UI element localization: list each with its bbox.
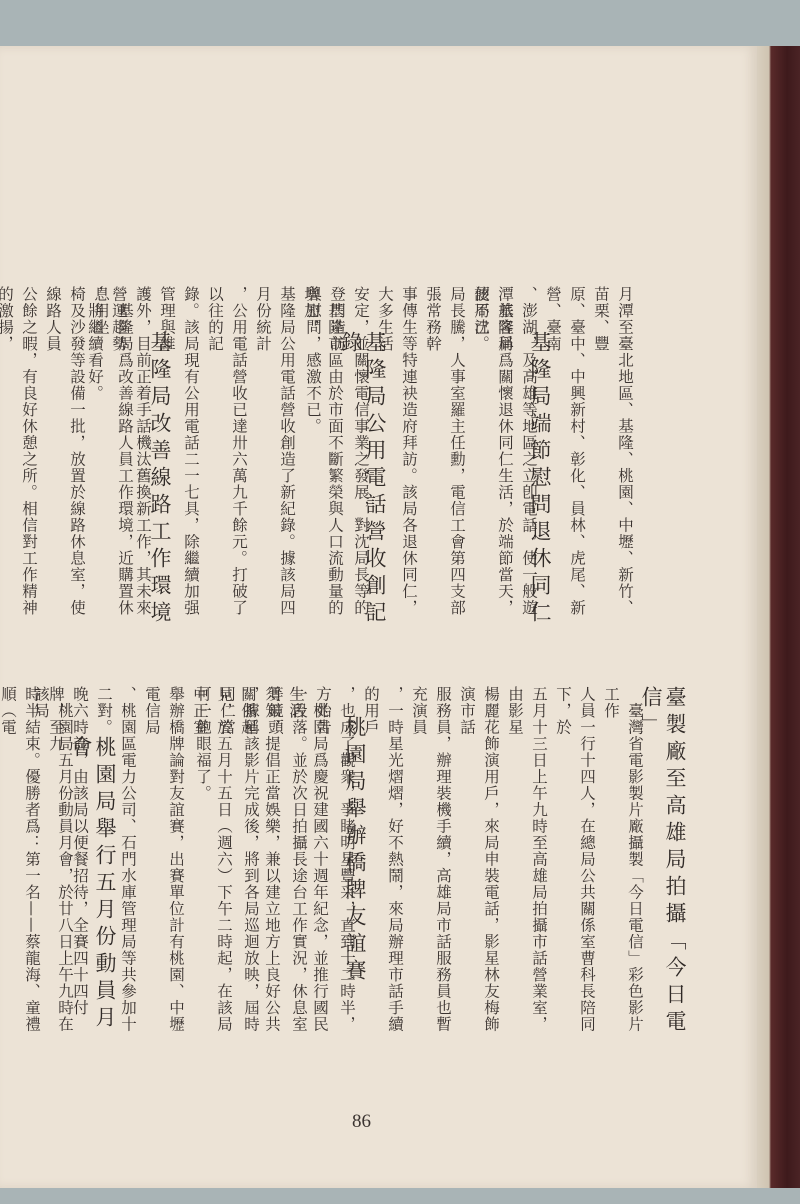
page-number: 86 [352,1111,371,1133]
text-line: 基隆局爲關懷退休同仁生活，於端節當天，該局沈 [469,286,517,626]
text-line: 月潭至臺北地區、基隆、桃園、中壢、新竹、苗栗、豐 [589,286,637,626]
text-line: 桃園局五月份動員月會，於廿八日上午九時在該局 [29,686,77,1046]
article-body: 桃園局五月份動員月會，於廿八日上午九時在該局 [29,686,77,1046]
text-line: 基隆局爲改善線路人員工作環境，近購置休息用坐 [89,286,137,626]
text-line: 楊麗花飾演用戶，來局申裝電話，影星林友梅飾演市話 [455,686,503,1046]
text-line: 須知，提倡正當娛樂，兼以建立地方上良好公共關係起 [236,686,284,1046]
text-line: ，公用電話營收已達卅六萬九千餘元。打破了以往的記 [203,286,251,626]
text-line: 桃園局爲慶祝建國六十週年紀念，並推行國民生活 [284,686,332,1046]
text-line: 人員一行十四人，在總局公共關係室曹科長陪同下，於 [551,686,599,1046]
text-line: 臺灣省電影製片廠攝製「今日電信」彩色影片工作 [599,686,647,1046]
text-line: 椅及沙發等設備一批，放置於線路休息室，使線路人員 [41,286,89,626]
book-page: 月潭至臺北地區、基隆、桃園、中壢、新竹、苗栗、豐 原、臺中、中興新村、彰化、員林… [0,46,757,1188]
text-line: 見，於五月十五日（週六）下午二時起，在該局中正室 [188,686,236,1046]
text-line: 服務員，辦理裝機手續，高雄局市話服務員也暫充演員 [407,686,455,1046]
text-line: 舉辦橋牌論對友誼賽，出賽單位計有桃園、中壢電信局 [140,686,188,1046]
text-line: 基隆局公用電話營收創造了新紀錄。據該局四月份統計 [251,286,299,626]
article-title: 基隆局端節慰問退休同仁 [528,331,552,631]
article-title: 桃園局舉辦橋牌友誼賽 [343,716,367,1016]
text-line: 五月十三日上午九時至高雄局拍攝市話營業室，由影星 [503,686,551,1046]
article-body: 基隆局爲改善線路人員工作環境，近購置休息用坐 椅及沙發等設備一批，放置於線路休息… [0,286,137,626]
text-line: 局長騰，人事室羅主任勳，電信工會第四支部張常務幹 [421,286,469,626]
article-title: 基隆局改善線路工作環境 [148,331,172,631]
text-line: 基隆市區由於市面不斷繁榮與人口流動量的增加， [299,286,347,626]
text-line: 公餘之暇，有良好休憩之所。相信對工作精神的激揚， [0,286,41,626]
book-spine-edge [757,46,800,1188]
